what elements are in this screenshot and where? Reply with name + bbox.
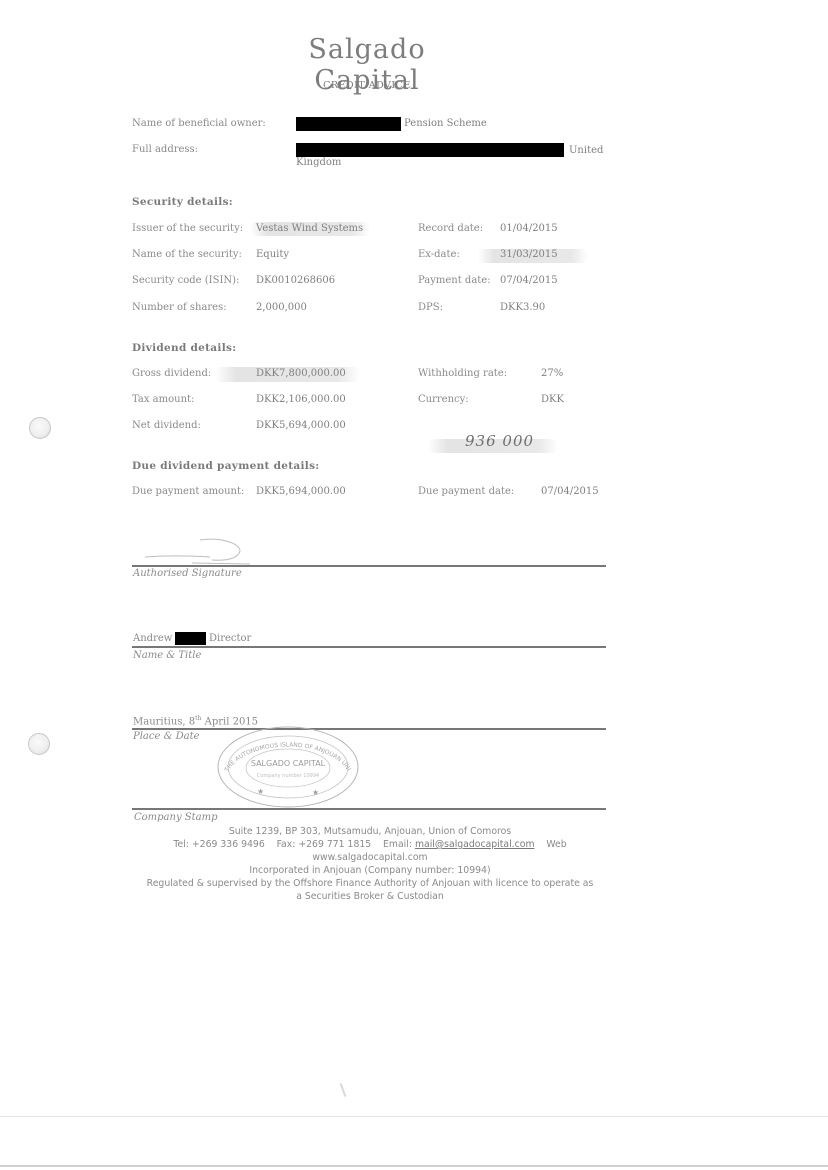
name-title-line bbox=[132, 646, 606, 648]
svg-text:Company number 10994: Company number 10994 bbox=[257, 773, 319, 779]
shares-label: Number of shares: bbox=[132, 302, 227, 313]
security-name-value: Equity bbox=[256, 249, 289, 260]
stamp-line bbox=[132, 808, 606, 810]
gross-dividend-value: DKK7,800,000.00 bbox=[256, 368, 346, 379]
address-value: United bbox=[569, 145, 603, 156]
withholding-rate-label: Withholding rate: bbox=[418, 368, 507, 379]
document-type: CREDIT ADVICE bbox=[254, 80, 480, 91]
due-payment-heading: Due dividend payment details: bbox=[132, 460, 319, 472]
signer-first-name: Andrew bbox=[133, 633, 172, 644]
footer-regulation-2: a Securities Broker & Custodian bbox=[130, 890, 610, 903]
place-date-line bbox=[132, 728, 606, 730]
svg-text:★: ★ bbox=[257, 787, 264, 796]
beneficial-owner-value: Pension Scheme bbox=[404, 118, 487, 129]
signer-title: Director bbox=[209, 633, 251, 644]
svg-text:★: ★ bbox=[312, 788, 319, 797]
record-date-value: 01/04/2015 bbox=[500, 223, 558, 234]
svg-text:SALGADO CAPITAL: SALGADO CAPITAL bbox=[251, 759, 326, 768]
net-dividend-label: Net dividend: bbox=[132, 420, 201, 431]
isin-label: Security code (ISIN): bbox=[132, 275, 239, 286]
record-date-label: Record date: bbox=[418, 223, 483, 234]
company-footer: Suite 1239, BP 303, Mutsamudu, Anjouan, … bbox=[130, 825, 610, 903]
footer-fax: Fax: +269 771 1815 bbox=[277, 839, 372, 850]
place-date-text: Mauritius, 8 bbox=[133, 716, 195, 727]
punch-hole bbox=[29, 417, 51, 439]
currency-label: Currency: bbox=[418, 394, 469, 405]
place-date-caption: Place & Date bbox=[133, 731, 200, 742]
scan-edge bbox=[0, 1116, 828, 1117]
name-title-caption: Name & Title bbox=[133, 650, 201, 661]
address-label: Full address: bbox=[132, 144, 198, 155]
address-value-line2: Kingdom bbox=[296, 157, 341, 168]
dps-label: DPS: bbox=[418, 302, 443, 313]
due-amount-label: Due payment amount: bbox=[132, 486, 244, 497]
footer-contact: Tel: +269 336 9496 Fax: +269 771 1815 Em… bbox=[130, 838, 610, 851]
due-date-label: Due payment date: bbox=[418, 486, 514, 497]
ex-date-label: Ex-date: bbox=[418, 249, 460, 260]
footer-email-link[interactable]: mail@salgadocapital.com bbox=[415, 839, 535, 850]
shares-value: 2,000,000 bbox=[256, 302, 307, 313]
ex-date-value: 31/03/2015 bbox=[500, 249, 558, 260]
security-name-label: Name of the security: bbox=[132, 249, 242, 260]
net-dividend-value: DKK5,694,000.00 bbox=[256, 420, 346, 431]
footer-address: Suite 1239, BP 303, Mutsamudu, Anjouan, … bbox=[130, 825, 610, 838]
footer-website: www.salgadocapital.com bbox=[130, 851, 610, 864]
due-amount-value: DKK5,694,000.00 bbox=[256, 486, 346, 497]
footer-tel: Tel: +269 336 9496 bbox=[173, 839, 264, 850]
signature-scribble bbox=[140, 535, 260, 567]
footer-regulation-1: Regulated & supervised by the Offshore F… bbox=[130, 877, 610, 890]
security-details-heading: Security details: bbox=[132, 196, 233, 208]
gross-dividend-label: Gross dividend: bbox=[132, 368, 211, 379]
beneficial-owner-label: Name of beneficial owner: bbox=[132, 118, 266, 129]
handwritten-note: 936 000 bbox=[465, 432, 534, 450]
company-stamp: THE AUTONOMOUS ISLAND OF ANJOUAN UNION O… bbox=[212, 722, 364, 812]
dps-value: DKK3.90 bbox=[500, 302, 545, 313]
punch-hole bbox=[28, 733, 50, 755]
signature-line bbox=[132, 565, 606, 567]
scan-speck bbox=[340, 1083, 347, 1097]
redaction-block bbox=[175, 632, 206, 645]
stamp-caption: Company Stamp bbox=[134, 812, 218, 823]
issuer-value: Vestas Wind Systems bbox=[256, 223, 363, 234]
footer-web-label: Web bbox=[546, 839, 566, 850]
payment-date-value: 07/04/2015 bbox=[500, 275, 558, 286]
tax-amount-label: Tax amount: bbox=[132, 394, 194, 405]
tax-amount-value: DKK2,106,000.00 bbox=[256, 394, 346, 405]
dividend-details-heading: Dividend details: bbox=[132, 342, 236, 354]
payment-date-label: Payment date: bbox=[418, 275, 491, 286]
currency-value: DKK bbox=[541, 394, 564, 405]
due-date-value: 07/04/2015 bbox=[541, 486, 599, 497]
isin-value: DK0010268606 bbox=[256, 275, 335, 286]
footer-email-label: Email: bbox=[383, 839, 412, 850]
redaction-block bbox=[296, 143, 564, 157]
issuer-label: Issuer of the security: bbox=[132, 223, 243, 234]
signature-caption: Authorised Signature bbox=[133, 568, 242, 579]
withholding-rate-value: 27% bbox=[541, 368, 563, 379]
redaction-block bbox=[296, 117, 401, 131]
footer-incorporation: Incorporated in Anjouan (Company number:… bbox=[130, 864, 610, 877]
scan-edge bbox=[0, 1165, 828, 1167]
